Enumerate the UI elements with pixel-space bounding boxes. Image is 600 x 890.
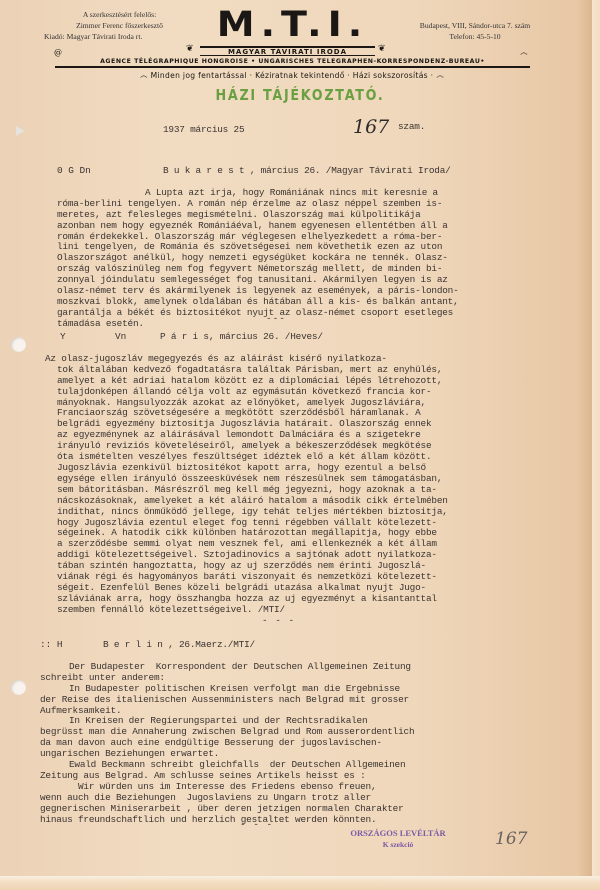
handwritten-issue-number: 167 xyxy=(353,116,389,138)
article-dateline: B u k a r e s t , március 26. /Magyar Tá… xyxy=(163,166,451,177)
body-line: In Budapester politischen Kreisen verfol… xyxy=(31,684,414,695)
archive-stamp-name: ORSZÁGOS LEVÉLTÁR xyxy=(348,828,448,839)
scan-edge-bottom xyxy=(0,876,600,890)
address: Budapest, VIII, Sándor-utca 7. szám xyxy=(380,20,570,31)
article-dateline: B e r l i n , 26.Maerz./MTI/ xyxy=(103,640,255,651)
document-type-title: HÁZI TÁJÉKOZTATÓ. xyxy=(45,86,555,104)
article-code: 0 G Dn xyxy=(57,166,91,177)
punch-hole-icon xyxy=(11,680,26,695)
mti-logo: M.T.I. xyxy=(205,7,380,40)
ornament-left-icon: ෴ xyxy=(140,71,151,80)
body-line: nácskozásoknak, amelyeket a két aláiró h… xyxy=(57,496,448,507)
ornament-right-icon: ෴ xyxy=(433,71,444,80)
flourish-corner-left-icon: @ xyxy=(54,48,62,57)
article-code: :: H xyxy=(40,640,63,651)
article-code-secondary: Vn xyxy=(115,332,126,343)
rights-notice-band: ෴ Minden jog fentartással · Kéziratnak t… xyxy=(52,71,532,81)
editor-name: Zimmer Ferenc főszerkesztő xyxy=(52,20,187,31)
article-body-bukarest: A Lupta azt irja, hogy Romániának nincs … xyxy=(57,177,459,341)
scan-edge-right xyxy=(592,0,600,890)
archive-stamp: ORSZÁGOS LEVÉLTÁR K szekció xyxy=(348,828,448,850)
paper-mark xyxy=(16,126,25,136)
article-body-berlin: Der Budapester Korrespondent der Deutsch… xyxy=(40,651,414,836)
body-line: meretes, azt felesleges megismételni. Ol… xyxy=(57,210,459,221)
article-separator: - - - xyxy=(262,615,295,626)
body-line: amelyet a két adriai hatalom között ez a… xyxy=(57,376,448,387)
archive-stamp-section: K szekció xyxy=(348,839,448,850)
article-dateline: P á r i s, március 26. /Heves/ xyxy=(160,332,323,343)
agency-languages-band: AGENCE TÉLÉGRAPHIQUE HONGROISE • UNGARIS… xyxy=(55,57,530,68)
body-line: gegnerischen Miniserarbeit , über deren … xyxy=(40,804,414,815)
body-line: azonban nem hogy egyeznék Romániáéval, h… xyxy=(57,221,459,232)
body-line: támadása esetén. xyxy=(57,319,459,330)
body-line: indithat, nincs önműködő jellege, igy te… xyxy=(57,507,448,518)
issue-date: 1937 március 25 xyxy=(163,125,244,136)
publisher: Kiadó: Magyar Távirati Iroda rt. xyxy=(44,31,187,42)
issue-number-suffix: szam. xyxy=(398,122,425,133)
rights-notice-text: Minden jog fentartással · Kéziratnak tek… xyxy=(151,71,434,80)
article-separator: - - - xyxy=(240,819,273,830)
body-line: hinaus freundschaftlich und herzlich ges… xyxy=(40,815,414,826)
article-body-paris: Az olasz-jugoszláv megegyezés és az alái… xyxy=(57,343,448,627)
letterhead-editor-info: A szerkesztésért felelős: Zimmer Ferenc … xyxy=(52,9,187,42)
article-separator: --- xyxy=(266,313,286,324)
handwritten-page-number: 167 xyxy=(495,829,527,849)
agency-name-band: MAGYAR TÁVIRATI IRODA xyxy=(200,46,375,56)
body-line: tulajdonképen állandó célja volt az egym… xyxy=(57,387,448,398)
flourish-left-icon: ❦ xyxy=(186,44,194,54)
flourish-right-icon: ❦ xyxy=(378,44,386,54)
body-line: der Reise des italienischen Aussenminist… xyxy=(40,695,414,706)
editor-label: A szerkesztésért felelős: xyxy=(52,9,187,20)
article-code: Y xyxy=(60,332,66,343)
phone: Telefon: 45-5-10 xyxy=(380,31,570,42)
letterhead-address: Budapest, VIII, Sándor-utca 7. szám Tele… xyxy=(380,20,570,42)
punch-hole-icon xyxy=(11,337,26,352)
body-line: szemben fennálló kötelezettségeivel. /MT… xyxy=(57,605,448,616)
